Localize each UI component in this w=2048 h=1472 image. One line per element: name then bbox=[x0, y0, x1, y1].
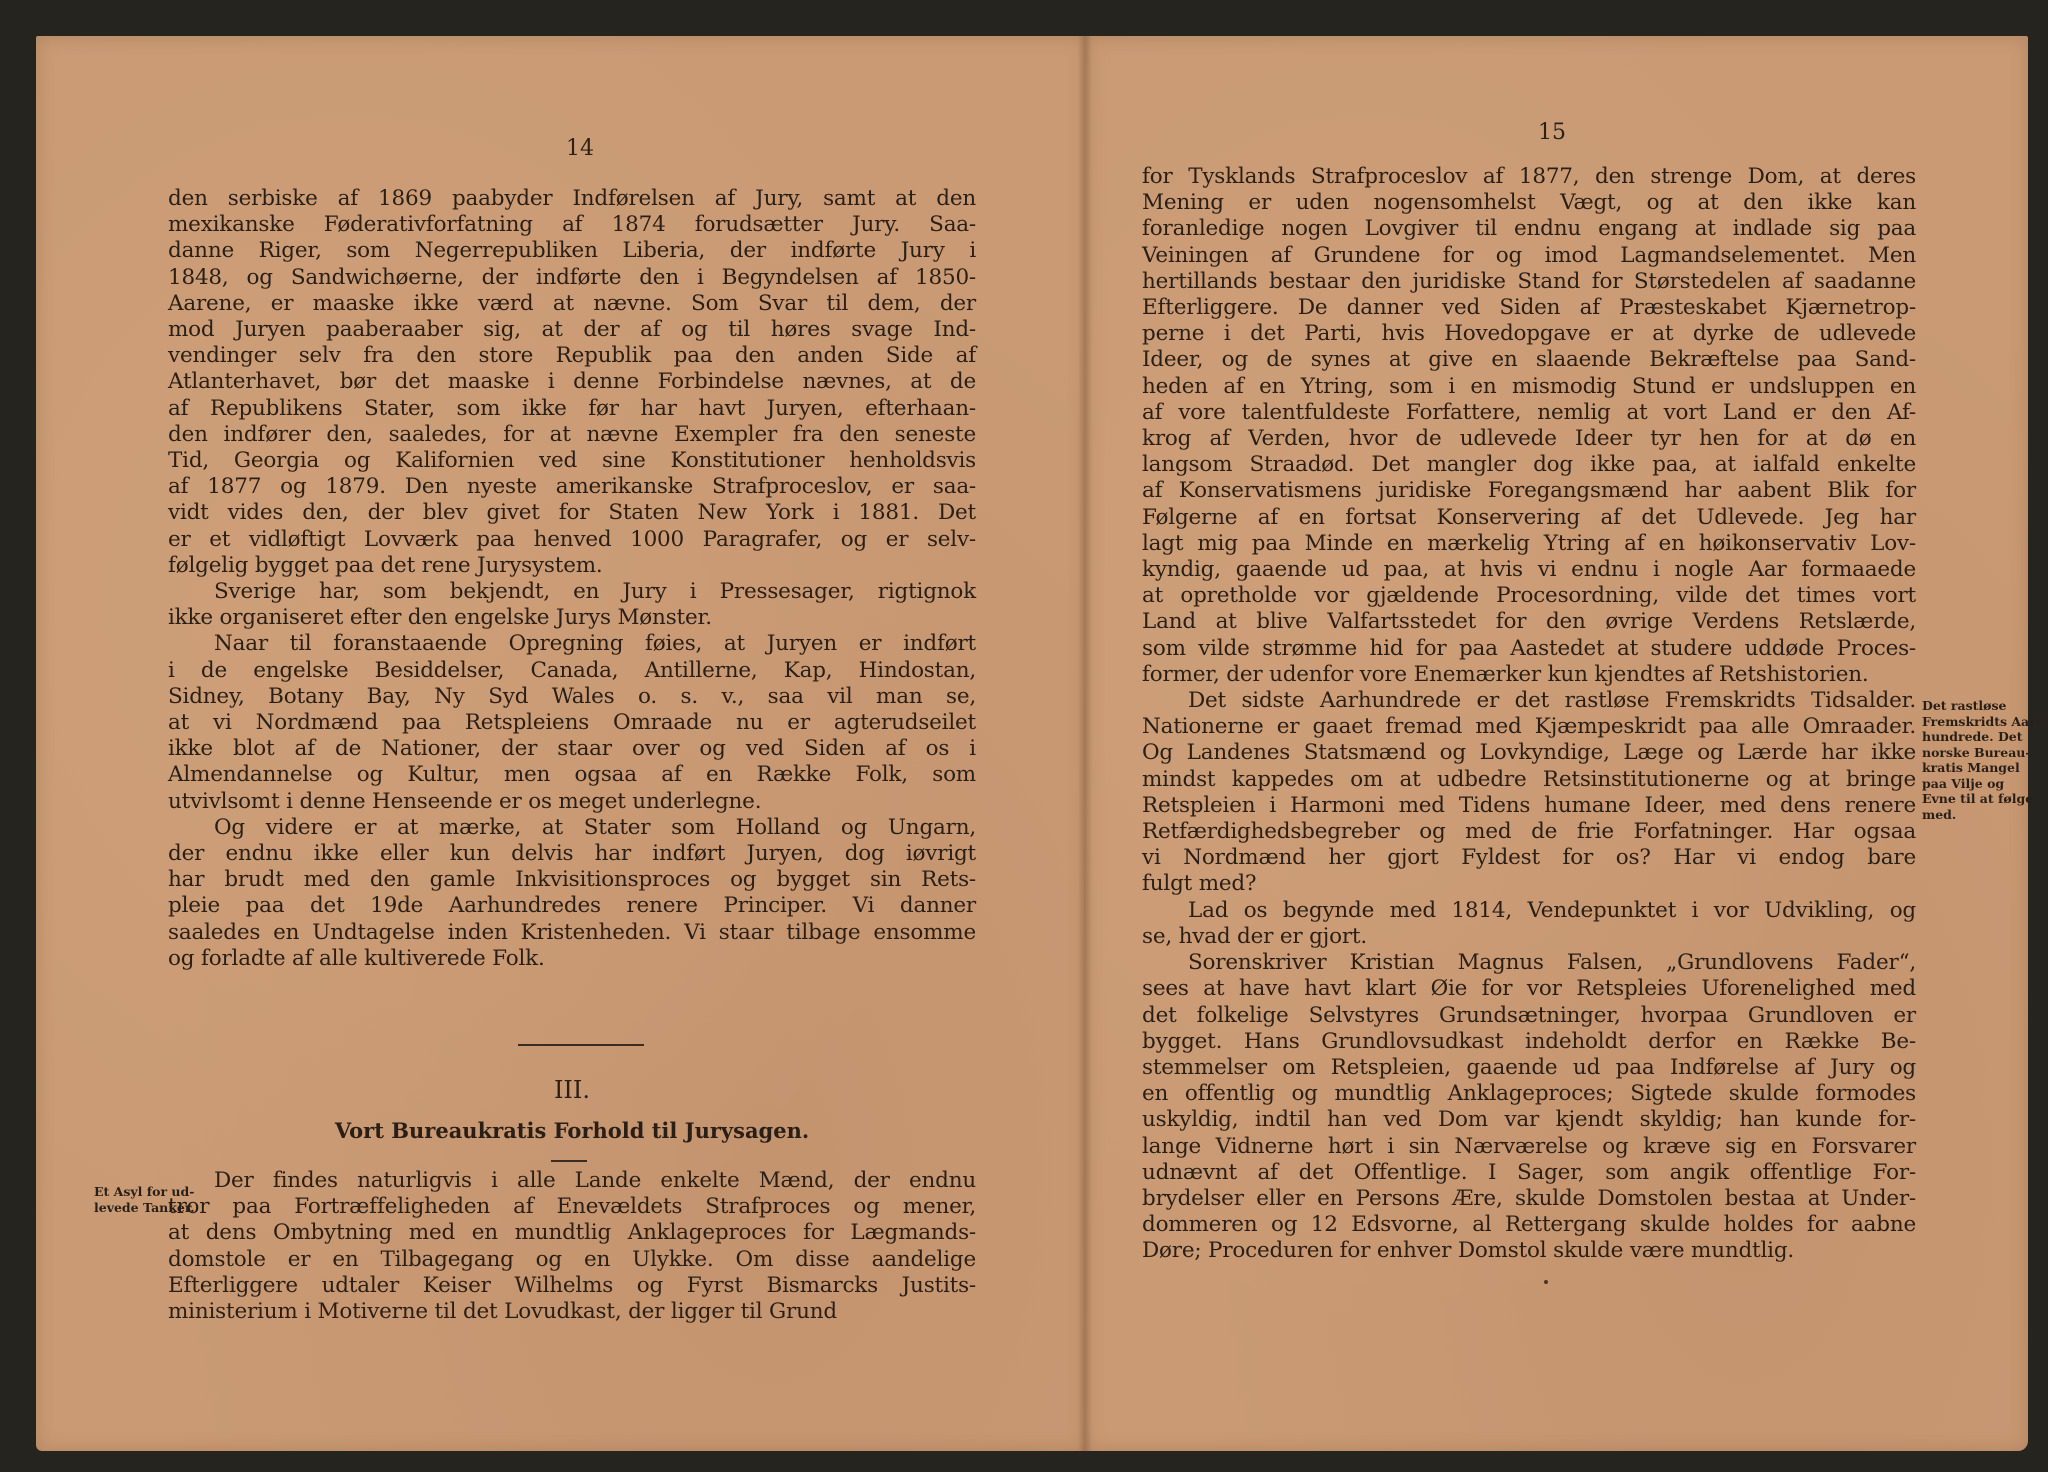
text-line: den serbiske af 1869 paabyder Indførelse… bbox=[168, 186, 976, 212]
margin-note-line: norske Bureau- bbox=[1922, 745, 2041, 761]
text-line: Og videre er at mærke, at Stater som Hol… bbox=[168, 815, 976, 841]
text-line: stemmelser om Retspleien, gaaende ud paa… bbox=[1142, 1055, 1916, 1081]
title-underline bbox=[551, 1160, 587, 1162]
margin-note-line: med. bbox=[1922, 807, 2041, 823]
book-spread: 14 den serbiske af 1869 paabyder Indføre… bbox=[36, 36, 2036, 1452]
text-line: Der findes naturligvis i alle Lande enke… bbox=[168, 1168, 976, 1194]
margin-note-line: Det rastløse bbox=[1922, 698, 2041, 714]
text-line: heden af en Ytring, som i en mismodig St… bbox=[1142, 374, 1916, 400]
text-line: Det sidste Aarhundrede er det rastløse F… bbox=[1142, 688, 1916, 714]
paragraph: for Tysklands Strafproceslov af 1877, de… bbox=[1142, 164, 1916, 688]
text-line: Og Landenes Statsmænd og Lovkyndige, Læg… bbox=[1142, 740, 1916, 766]
text-line: domstole er en Tilbagegang og en Ulykke.… bbox=[168, 1247, 976, 1273]
margin-note-line: Evne til at følge bbox=[1922, 791, 2041, 807]
text-line: Lad os begynde med 1814, Vendepunktet i … bbox=[1142, 898, 1916, 924]
text-line: der endnu ikke eller kun delvis har indf… bbox=[168, 841, 976, 867]
text-line: perne i det Parti, hvis Hovedopgave er a… bbox=[1142, 321, 1916, 347]
text-line: det folkelige Selvstyres Grundsætninger,… bbox=[1142, 1003, 1916, 1029]
text-line: former, der udenfor vore Enemærker kun k… bbox=[1142, 662, 1916, 688]
text-line: tror paa Fortræffeligheden af Enevældets… bbox=[168, 1194, 976, 1220]
text-line: af vore talentfuldeste Forfattere, nemli… bbox=[1142, 400, 1916, 426]
text-line: danne Riger, som Negerrepubliken Liberia… bbox=[168, 238, 976, 264]
text-line: foranledige nogen Lovgiver til endnu eng… bbox=[1142, 216, 1916, 242]
section-divider bbox=[518, 1044, 644, 1046]
text-line: at vi Nordmænd paa Retspleiens Omraade n… bbox=[168, 710, 976, 736]
right-text: for Tysklands Strafproceslov af 1877, de… bbox=[1142, 164, 1916, 1265]
text-line: brydelser eller en Persons Ære, skulde D… bbox=[1142, 1186, 1916, 1212]
text-line: Nationerne er gaaet fremad med Kjæmpeskr… bbox=[1142, 714, 1916, 740]
text-line: Ideer, og de synes at give en slaaende B… bbox=[1142, 347, 1916, 373]
text-line: vidt vides den, der blev givet for State… bbox=[168, 500, 976, 526]
text-line: lagt mig paa Minde en mærkelig Ytring af… bbox=[1142, 531, 1916, 557]
text-line: en offentlig og mundtlig Anklageproces; … bbox=[1142, 1081, 1916, 1107]
paragraph: Der findes naturligvis i alle Lande enke… bbox=[168, 1168, 976, 1325]
text-line: og forladte af alle kultiverede Folk. bbox=[168, 946, 976, 972]
text-line: mindst kappedes om at udbedre Retsinstit… bbox=[1142, 767, 1916, 793]
text-line: langsom Straadød. Det mangler dog ikke p… bbox=[1142, 452, 1916, 478]
text-line: mexikanske Føderativforfatning af 1874 f… bbox=[168, 212, 976, 238]
text-line: Veiningen af Grundene for og imod Lagman… bbox=[1142, 243, 1916, 269]
text-line: ikke blot af de Nationer, der staar over… bbox=[168, 736, 976, 762]
page-number-left: 14 bbox=[566, 136, 594, 161]
text-line: mod Juryen paaberaaber sig, at der af og… bbox=[168, 317, 976, 343]
paragraph: Sorenskriver Kristian Magnus Falsen, „Gr… bbox=[1142, 950, 1916, 1264]
margin-note-line: paa Vilje og bbox=[1922, 776, 2041, 792]
ink-speck bbox=[1544, 1280, 1548, 1284]
left-text-top: den serbiske af 1869 paabyder Indførelse… bbox=[168, 186, 976, 972]
margin-note-right: Det rastløseFremskridts Aar-hundrede. De… bbox=[1922, 698, 2041, 822]
text-line: dommeren og 12 Edsvorne, al Rettergang s… bbox=[1142, 1212, 1916, 1238]
paragraph: Det sidste Aarhundrede er det rastløse F… bbox=[1142, 688, 1916, 898]
right-page: 15 for Tysklands Strafproceslov af 1877,… bbox=[1086, 36, 2028, 1451]
section-number: III. bbox=[168, 1076, 976, 1104]
text-line: krog af Verden, hvor de udlevede Ideer t… bbox=[1142, 426, 1916, 452]
text-line: af Konservatismens juridiske Foregangsmæ… bbox=[1142, 478, 1916, 504]
text-line: er et vidløftigt Lovværk paa henved 1000… bbox=[168, 527, 976, 553]
text-line: at dens Ombytning med en mundtlig Anklag… bbox=[168, 1220, 976, 1246]
text-line: lange Vidnerne hørt i sin Nærværelse og … bbox=[1142, 1134, 1916, 1160]
text-line: Følgerne af en fortsat Konservering af d… bbox=[1142, 505, 1916, 531]
text-line: at opretholde vor gjældende Procesordnin… bbox=[1142, 583, 1916, 609]
left-text-bottom: Der findes naturligvis i alle Lande enke… bbox=[168, 1168, 976, 1325]
text-line: Naar til foranstaaende Opregning føies, … bbox=[168, 631, 976, 657]
text-line: sees at have havt klart Øie for vor Rets… bbox=[1142, 976, 1916, 1002]
text-line: Sverige har, som bekjendt, en Jury i Pre… bbox=[168, 579, 976, 605]
text-line: har brudt med den gamle Inkvisitionsproc… bbox=[168, 867, 976, 893]
text-line: se, hvad der er gjort. bbox=[1142, 924, 1916, 950]
text-line: 1848, og Sandwichøerne, der indførte den… bbox=[168, 265, 976, 291]
page-number-right: 15 bbox=[1538, 120, 1566, 145]
paragraph: Lad os begynde med 1814, Vendepunktet i … bbox=[1142, 898, 1916, 950]
text-line: pleie paa det 19de Aarhundredes renere P… bbox=[168, 893, 976, 919]
text-line: som vilde strømme hid for paa Aastedet a… bbox=[1142, 636, 1916, 662]
text-line: kyndig, gaaende ud paa, at hvis vi endnu… bbox=[1142, 557, 1916, 583]
text-line: vendinger selv fra den store Republik pa… bbox=[168, 343, 976, 369]
text-line: Land at blive Valfartsstedet for den øvr… bbox=[1142, 609, 1916, 635]
text-line: Døre; Proceduren for enhver Domstol skul… bbox=[1142, 1238, 1916, 1264]
text-line: Atlanterhavet, bør det maaske i denne Fo… bbox=[168, 369, 976, 395]
text-line: bygget. Hans Grundlovsudkast indeholdt d… bbox=[1142, 1029, 1916, 1055]
section-title: Vort Bureaukratis Forhold til Jurysagen. bbox=[168, 1118, 976, 1143]
text-line: saaledes en Undtagelse inden Kristenhede… bbox=[168, 920, 976, 946]
book-gutter bbox=[1078, 36, 1092, 1451]
paragraph: Naar til foranstaaende Opregning føies, … bbox=[168, 631, 976, 814]
left-page: 14 den serbiske af 1869 paabyder Indføre… bbox=[36, 36, 1086, 1451]
text-line: Aarene, er maaske ikke værd at nævne. So… bbox=[168, 291, 976, 317]
text-line: følgelig bygget paa det rene Jurysystem. bbox=[168, 553, 976, 579]
text-line: vi Nordmænd her gjort Fyldest for os? Ha… bbox=[1142, 845, 1916, 871]
text-line: Retfærdighedsbegreber og med de frie For… bbox=[1142, 819, 1916, 845]
margin-note-line: Fremskridts Aar- bbox=[1922, 714, 2041, 730]
text-line: Almendannelse og Kultur, men ogsaa af en… bbox=[168, 762, 976, 788]
text-line: fulgt med? bbox=[1142, 871, 1916, 897]
paragraph: den serbiske af 1869 paabyder Indførelse… bbox=[168, 186, 976, 579]
text-line: for Tysklands Strafproceslov af 1877, de… bbox=[1142, 164, 1916, 190]
text-line: uskyldig, indtil han ved Dom var kjendt … bbox=[1142, 1107, 1916, 1133]
text-line: Retspleien i Harmoni med Tidens humane I… bbox=[1142, 793, 1916, 819]
margin-note-line: kratis Mangel bbox=[1922, 760, 2041, 776]
text-line: i de engelske Besiddelser, Canada, Antil… bbox=[168, 658, 976, 684]
text-line: Tid, Georgia og Kalifornien ved sine Kon… bbox=[168, 448, 976, 474]
text-line: utvivlsomt i denne Henseende er os meget… bbox=[168, 789, 976, 815]
text-line: den indfører den, saaledes, for at nævne… bbox=[168, 422, 976, 448]
text-line: af Republikens Stater, som ikke før har … bbox=[168, 396, 976, 422]
paragraph: Og videre er at mærke, at Stater som Hol… bbox=[168, 815, 976, 972]
text-line: Sorenskriver Kristian Magnus Falsen, „Gr… bbox=[1142, 950, 1916, 976]
text-line: hertillands bestaar den juridiske Stand … bbox=[1142, 269, 1916, 295]
text-line: Sidney, Botany Bay, Ny Syd Wales o. s. v… bbox=[168, 684, 976, 710]
paragraph: Sverige har, som bekjendt, en Jury i Pre… bbox=[168, 579, 976, 631]
text-line: ministerium i Motiverne til det Lovudkas… bbox=[168, 1299, 976, 1325]
text-line: udnævnt af det Offentlige. I Sager, som … bbox=[1142, 1160, 1916, 1186]
text-line: Efterliggere. De danner ved Siden af Præ… bbox=[1142, 295, 1916, 321]
text-line: Mening er uden nogensomhelst Vægt, og at… bbox=[1142, 190, 1916, 216]
text-line: ikke organiseret efter den engelske Jury… bbox=[168, 605, 976, 631]
text-line: af 1877 og 1879. Den nyeste amerikanske … bbox=[168, 474, 976, 500]
text-line: Efterliggere udtaler Keiser Wilhelms og … bbox=[168, 1273, 976, 1299]
margin-note-line: hundrede. Det bbox=[1922, 729, 2041, 745]
